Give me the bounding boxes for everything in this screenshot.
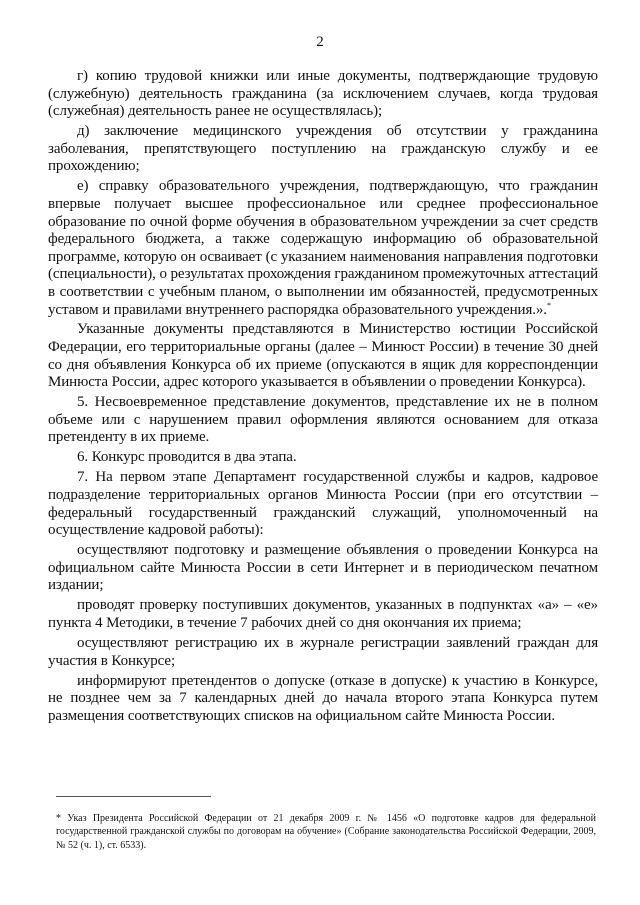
paragraph-documents-submission: Указанные документы представляются в Мин… [48, 321, 598, 391]
footnote-marker-label: * [56, 813, 61, 824]
paragraph-7-notification: информируют претендентов о допуске (отка… [48, 673, 598, 726]
page-number: 2 [0, 33, 640, 51]
paragraph-7-announcement: осуществляют подготовку и размещение объ… [48, 542, 598, 595]
paragraph-d: д) заключение медицинского учреждения об… [48, 123, 598, 176]
paragraph-7-verification: проводят проверку поступивших документов… [48, 597, 598, 632]
paragraph-5: 5. Несвоевременное представление докумен… [48, 394, 598, 447]
paragraph-6: 6. Конкурс проводится в два этапа. [48, 449, 598, 467]
footnote-separator [56, 796, 211, 797]
document-body: г) копию трудовой книжки или иные докуме… [48, 68, 598, 728]
footnote-text: Указ Президента Российской Федерации от … [56, 813, 596, 851]
footnote: * Указ Президента Российской Федерации о… [56, 812, 596, 852]
paragraph-7-registration: осуществляют регистрацию их в журнале ре… [48, 635, 598, 670]
paragraph-g: г) копию трудовой книжки или иные докуме… [48, 68, 598, 121]
paragraph-e-text: е) справку образовательного учреждения, … [48, 178, 598, 317]
paragraph-7: 7. На первом этапе Департамент государст… [48, 469, 598, 539]
paragraph-e: е) справку образовательного учреждения, … [48, 178, 598, 319]
footnote-marker: * [547, 301, 551, 310]
